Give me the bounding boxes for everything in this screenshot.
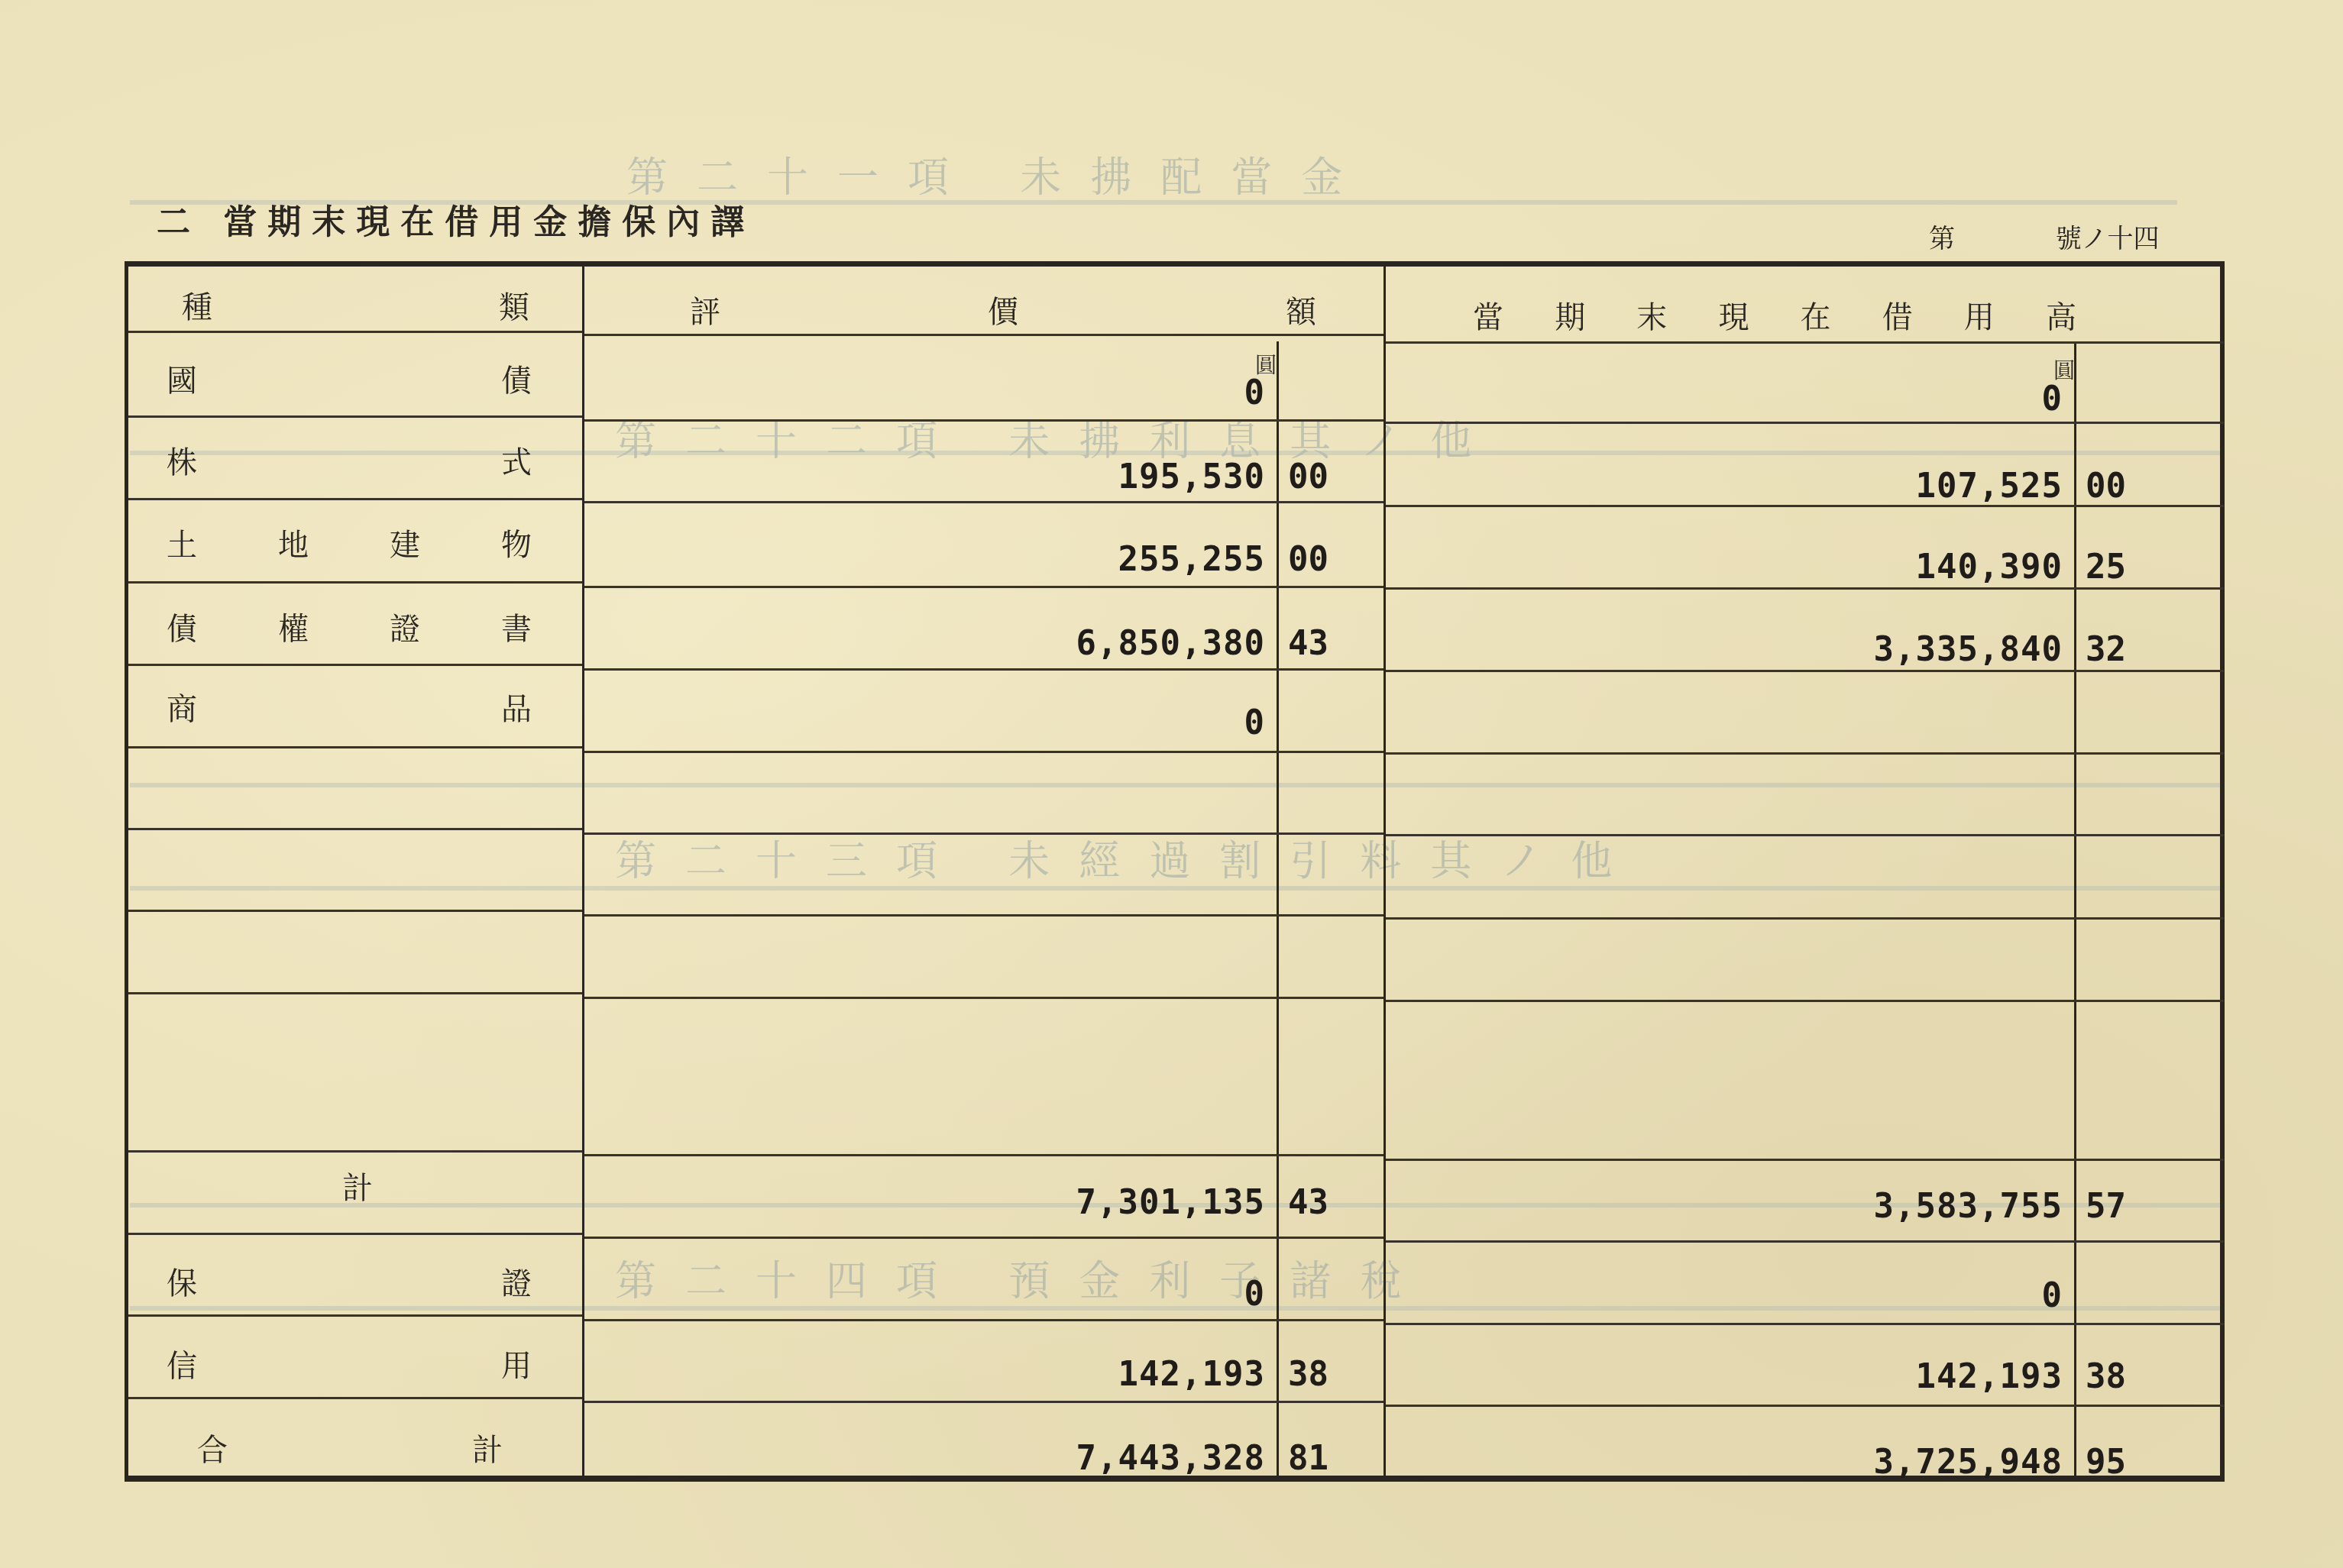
borrowed-credit-certificates-yen: 3,335,840 [1874,630,2063,669]
valuation-grand-total-yen: 7,443,328 [1076,1439,1265,1478]
row-rule [584,668,1383,671]
col-divider-sections [1383,267,1386,1476]
page-number-suffix: 號ノ十四 [2056,218,2160,255]
document-page: 第二十一項 未拂配當金 第二十二項 未拂利息其ノ他 第二十三項 未經過割引料其ノ… [0,0,2343,1568]
borrowed-credit-sen: 38 [2086,1357,2126,1396]
row-rule [1386,587,2224,590]
valuation-guarantee: 0 [1244,1275,1266,1314]
borrowed-land-buildings-sen: 25 [2086,548,2126,587]
borrowed-stocks-sen: 00 [2086,467,2126,506]
row-rule [584,1237,1383,1239]
borrowed-grand-total-yen: 3,725,948 [1874,1443,2063,1482]
col-divider-kind [582,267,584,1476]
valuation-subtotal-yen: 7,301,135 [1076,1183,1265,1222]
row-rule [1386,834,2224,836]
row-rule [1386,1405,2224,1407]
valuation-stocks-sen: 00 [1288,457,1328,496]
header-borrowed: 當 期 末 現 在 借 用 高 [1473,293,2076,337]
row-rule [128,1150,582,1153]
valuation-stocks-yen: 195,530 [1118,457,1265,496]
row-rule [584,334,1383,336]
page-title: 二 當期末現在借用金擔保內譯 [157,195,755,244]
valuation-credit-yen: 142,193 [1118,1355,1265,1394]
row-rule [584,419,1383,422]
row-rule [128,910,582,912]
row-rule [1386,917,2224,920]
valuation-credit-sen: 38 [1288,1355,1328,1394]
valuation-land-buildings-sen: 00 [1288,540,1328,579]
collateral-table: 種 類 評 價 額 當 期 末 現 在 借 用 高 圓 圓 [125,261,2225,1482]
row-rule [128,1314,582,1317]
row-rule [584,997,1383,999]
row-rule [1386,422,2224,424]
borrowed-stocks-yen: 107,525 [1916,467,2063,506]
row-rule [128,498,582,500]
row-rule [584,914,1383,917]
borrowed-credit-certificates-sen: 32 [2086,630,2126,669]
row-label-credit-certificates: 債權證書 [167,605,532,648]
row-rule [128,581,582,584]
row-rule [128,415,582,418]
valuation-grand-total-sen: 81 [1288,1439,1328,1478]
row-rule [128,331,582,333]
valuation-land-buildings-yen: 255,255 [1118,540,1265,579]
col-divider-borrowed-sen [2074,341,2076,1476]
row-rule [1386,1323,2224,1325]
row-rule [128,1397,582,1399]
row-label-credit: 信用 [167,1342,532,1385]
row-label-merchandise: 商品 [167,685,532,729]
row-label-subtotal: 計 [342,1164,388,1208]
borrowed-government-bonds: 0 [2042,380,2063,419]
col-divider-valuation-sen [1277,341,1279,1476]
row-rule [1386,1240,2224,1243]
valuation-government-bonds: 0 [1244,373,1266,412]
row-rule [1386,341,2224,344]
row-rule [128,664,582,666]
row-rule [584,832,1383,835]
row-label-land-buildings: 土地建物 [167,521,532,564]
row-label-guarantee: 保證 [167,1259,532,1303]
row-label-stocks: 株式 [167,438,532,482]
valuation-subtotal-sen: 43 [1288,1183,1328,1222]
page-number: 第 號ノ十四 [1929,218,2160,255]
row-rule [584,1319,1383,1321]
borrowed-land-buildings-yen: 140,390 [1916,548,2063,587]
row-rule [128,828,582,830]
row-rule [128,1233,582,1235]
row-rule [128,746,582,748]
row-label-grand-total: 合計 [197,1426,503,1469]
row-rule [1386,1159,2224,1161]
header-valuation: 評 價 額 [690,288,1316,331]
borrowed-credit-yen: 142,193 [1916,1357,2063,1396]
borrowed-grand-total-sen: 95 [2086,1443,2126,1482]
row-rule [584,586,1383,588]
borrowed-guarantee: 0 [2042,1276,2063,1315]
borrowed-subtotal-sen: 57 [2086,1187,2126,1226]
row-rule [128,992,582,994]
borrowed-subtotal-yen: 3,583,755 [1874,1187,2063,1226]
valuation-credit-certificates-sen: 43 [1288,624,1328,663]
row-rule [1386,1000,2224,1002]
row-rule [584,501,1383,503]
row-label-government-bonds: 國債 [167,357,532,400]
row-rule [1386,670,2224,672]
row-rule [584,751,1383,753]
row-rule [584,1401,1383,1403]
row-rule [584,1154,1383,1156]
page-number-prefix: 第 [1929,218,1955,255]
valuation-merchandise: 0 [1244,703,1266,742]
valuation-credit-certificates-yen: 6,850,380 [1076,624,1265,663]
row-rule [1386,752,2224,755]
header-kind: 種 類 [182,283,529,327]
